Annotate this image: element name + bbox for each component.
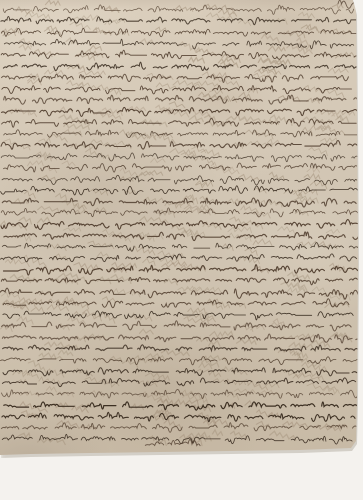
handwriting-line — [3, 311, 353, 320]
showthrough-marks — [16, 374, 337, 391]
handwriting-line — [1, 208, 358, 217]
handwriting-line — [1, 50, 359, 59]
handwriting-line — [2, 434, 352, 444]
handwriting-lines — [0, 0, 362, 445]
showthrough-marks — [25, 181, 327, 198]
handwriting-line — [3, 299, 349, 308]
handwriting-line — [2, 334, 359, 343]
handwriting-layer — [0, 0, 363, 500]
showthrough-marks — [74, 262, 346, 273]
showthrough-marks — [169, 92, 319, 107]
handwriting-line — [4, 163, 357, 172]
handwriting-line — [2, 107, 359, 116]
handwriting-line — [1, 186, 358, 195]
handwriting-line — [2, 412, 355, 421]
handwriting-line — [2, 198, 356, 207]
handwriting-line — [1, 153, 358, 162]
showthrough-marks — [47, 239, 337, 255]
handwriting-line — [3, 62, 358, 70]
showthrough-marks — [16, 0, 343, 16]
handwriting-line — [4, 130, 357, 138]
handwriting-line — [2, 321, 351, 331]
showthrough-marks — [57, 419, 347, 431]
showthrough-marks — [4, 138, 338, 156]
handwriting-line — [1, 220, 358, 230]
handwriting-line — [2, 74, 349, 82]
showthrough-marks — [5, 105, 355, 120]
scan-backdrop — [0, 0, 363, 500]
handwriting-line — [1, 28, 362, 36]
handwriting-line — [4, 265, 358, 275]
handwriting-line — [1, 141, 357, 150]
handwriting-line — [2, 389, 359, 398]
handwriting-line — [4, 95, 358, 104]
